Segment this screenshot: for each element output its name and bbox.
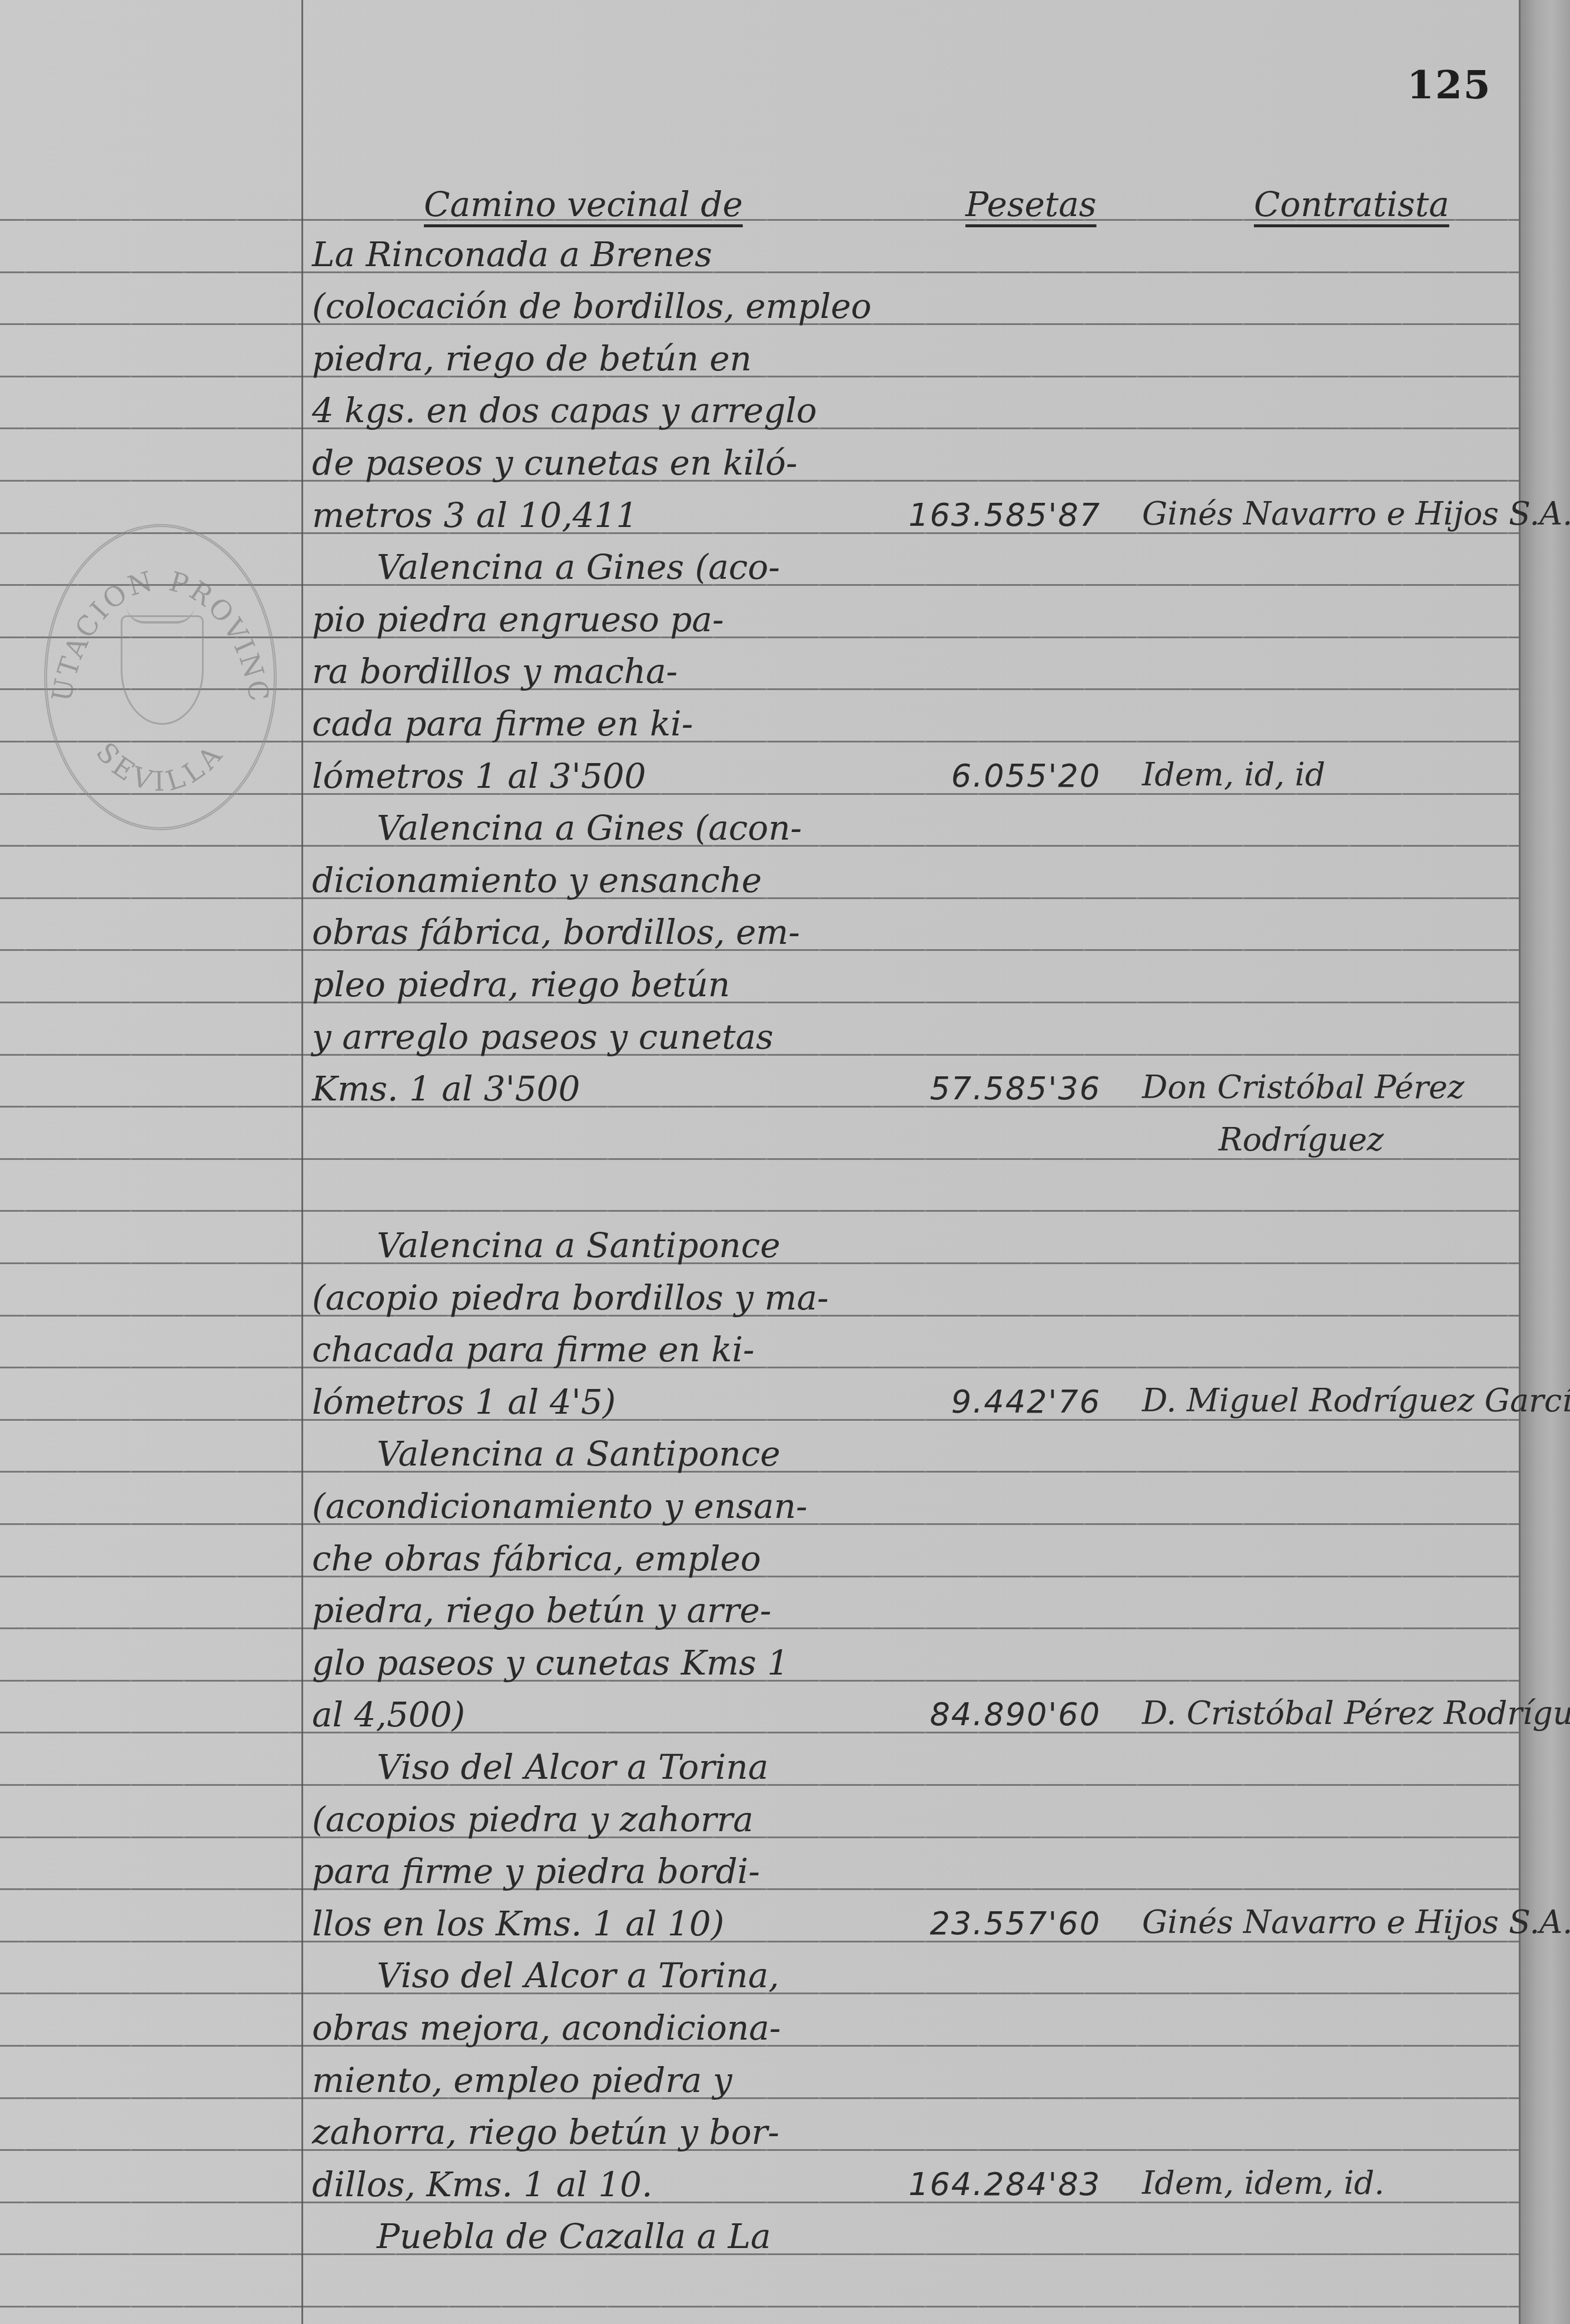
entry-description-line: dillos, Kms. 1 al 10. (312, 2167, 652, 2202)
entry-description-line: La Rinconada a Brenes (312, 237, 712, 271)
page-number: 125 (1407, 62, 1492, 108)
entry-description-line: Puebla de Cazalla a La (377, 2219, 771, 2253)
svg-text:SEVILLA: SEVILLA (90, 736, 231, 797)
entry-contractor: Ginés Navarro e Hijos S.A. (1142, 498, 1570, 530)
header-amount: Pesetas (965, 187, 1096, 221)
entry-description-line: dicionamiento y ensanche (312, 863, 762, 897)
entry-description-line: che obras fábrica, empleo (312, 1541, 761, 1576)
margin-line (301, 0, 303, 2324)
entry-contractor: Rodríguez (1219, 1124, 1384, 1156)
entry-description-line: 4 kgs. en dos capas y arreglo (312, 393, 817, 427)
ruled-line (0, 1158, 1519, 1160)
entry-description-line: obras fábrica, bordillos, em- (312, 915, 800, 949)
entry-contractor: D. Cristóbal Pérez Rodríguez (1142, 1698, 1570, 1729)
entry-description-line: al 4,500) (312, 1698, 465, 1732)
ruled-line (0, 376, 1519, 377)
ruled-line (0, 1210, 1519, 1212)
entry-description-line: (acopio piedra bordillos y ma- (312, 1281, 829, 1315)
ruled-line (0, 1106, 1519, 1108)
entry-amount: 57.585'36 (930, 1073, 1101, 1105)
entry-description-line: Valencina a Santiponce (377, 1437, 781, 1471)
ruled-line (0, 1941, 1519, 1942)
entry-description-line: Valencina a Gines (acon- (377, 811, 802, 845)
ruled-line (0, 1836, 1519, 1838)
entry-description-line: ra bordillos y macha- (312, 654, 678, 688)
book-binding-edge (1519, 0, 1570, 2324)
entry-description-line: (colocación de bordillos, empleo (312, 289, 872, 323)
entry-description-line: Valencina a Santiponce (377, 1228, 781, 1262)
entry-amount: 9.442'76 (951, 1386, 1101, 1418)
entry-contractor: Idem, id, id (1142, 759, 1325, 791)
entry-description-line: pleo piedra, riego betún (312, 967, 730, 1002)
entry-amount: 6.055'20 (951, 760, 1101, 792)
entry-description-line: (acopios piedra y zahorra (312, 1802, 754, 1836)
entry-description-line: para firme y piedra bordi- (312, 1854, 760, 1888)
entry-description-line: lómetros 1 al 4'5) (312, 1385, 616, 1419)
ruled-line (0, 1002, 1519, 1003)
ruled-line (0, 271, 1519, 273)
entry-description-line: obras mejora, acondiciona- (312, 2011, 781, 2045)
entry-description-line: lómetros 1 al 3'500 (312, 759, 646, 793)
ruled-line (0, 2202, 1519, 2203)
entry-description-line: piedra, riego de betún en (312, 342, 752, 376)
entry-description-line: Valencina a Gines (aco- (377, 550, 780, 584)
entry-description-line: de paseos y cunetas en kiló- (312, 446, 798, 480)
entry-description-line: llos en los Kms. 1 al 10) (312, 1907, 724, 1941)
entry-amount: 163.585'87 (908, 499, 1101, 531)
header-contractor: Contratista (1254, 187, 1449, 221)
entry-contractor: Ginés Navarro e Hijos S.A. (1142, 1907, 1570, 1938)
entry-contractor: Don Cristóbal Pérez (1142, 1072, 1464, 1103)
entry-amount: 23.557'60 (930, 1908, 1101, 1940)
entry-description-line: Kms. 1 al 3'500 (312, 1072, 580, 1106)
entry-description-line: Viso del Alcor a Torina, (377, 1958, 779, 1993)
entry-contractor: Idem, idem, id. (1142, 2167, 1385, 2199)
entry-description-line: zahorra, riego betún y bor- (312, 2115, 779, 2149)
header-description: Camino vecinal de (424, 187, 743, 221)
entry-contractor: D. Miguel Rodríguez García (1142, 1385, 1570, 1417)
entry-amount: 84.890'60 (930, 1699, 1101, 1730)
entry-description-line: cada para firme en ki- (312, 707, 693, 741)
entry-description-line: pio piedra engrueso pa- (312, 602, 724, 636)
ruled-line (0, 1732, 1519, 1733)
entry-description-line: y arreglo paseos y cunetas (312, 1020, 774, 1054)
ruled-line (0, 1367, 1519, 1368)
entry-description-line: miento, empleo piedra y (312, 2063, 732, 2097)
coat-of-arms-icon (121, 615, 204, 725)
ruled-line (0, 2306, 1519, 2308)
entry-description-line: glo paseos y cunetas Kms 1 (312, 1646, 789, 1680)
ruled-line (0, 1419, 1519, 1421)
ruled-line (0, 2097, 1519, 2099)
official-stamp: DIPUTACION PROVINCIAL SEVILLA (44, 524, 277, 830)
entry-description-line: piedra, riego betún y arre- (312, 1593, 771, 1627)
entry-description-line: chacada para firme en ki- (312, 1332, 755, 1367)
entry-amount: 164.284'83 (908, 2169, 1101, 2200)
entry-description-line: (acondicionamiento y ensan- (312, 1489, 808, 1523)
entry-description-line: Viso del Alcor a Torina (377, 1750, 768, 1784)
entry-description-line: metros 3 al 10,411 (312, 498, 638, 532)
